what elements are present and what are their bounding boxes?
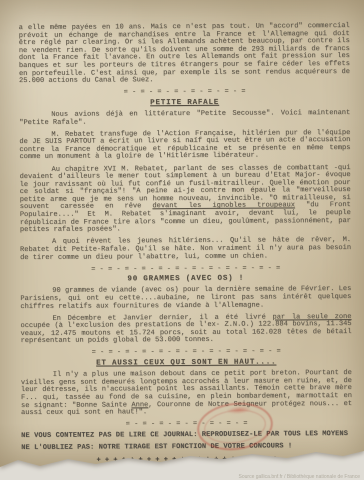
divider-rule: = - = - = - = - = - = - = - = (21, 420, 352, 430)
source-watermark: Source gallica.bnf.fr / Bibliothèque nat… (239, 474, 360, 480)
paragraph-viande-rations: 90 grammes de viande (avec os) pour la d… (20, 286, 351, 311)
scanned-page: a elle même payées en 10 ans. Mais ce n'… (0, 0, 364, 480)
article-title-petite-rafale: PETITE RAFALE (19, 99, 350, 109)
slogan-diffusion: NE VOUS CONTENTEZ PAS DE LIRE CE JOURNAL… (21, 431, 352, 441)
divider-rule: = - = - = - = - = - = - = - = - = - = - … (20, 265, 351, 275)
text-segment: occupée (à l'exclusion des prestations d… (20, 320, 351, 345)
cross-row-ornament: + + + + + + + + + + + + + + + + + + + + … (21, 455, 352, 465)
slogan-tirage: NE L'OUBLIEZ PAS: NOTRE TIRAGE EST FONCT… (21, 443, 352, 453)
paragraph-rebatet-conclusion: A quoi rêvent les jeunes hitlériens... Q… (20, 237, 351, 262)
divider-rule: = - = - = - = - = - = - = - = - = - = - … (21, 348, 352, 358)
paragraph-petite-secousse: Nous avions déjà en littérature "Petite … (19, 110, 350, 127)
divider-rule: = - = - = - = - = - = - = - = (19, 88, 350, 98)
paragraph-rebatet-quote: Au chapitre XVI M. Rebatet, parlant de s… (20, 164, 351, 234)
paragraph-rebatet-book: M. Rebatet transfuge de l'Action Françai… (19, 130, 350, 162)
paragraph-economic-accord: a elle même payées en 10 ans. Mais ce n'… (19, 23, 350, 86)
paper-sheet: a elle même payées en 10 ans. Mais ce n'… (0, 0, 364, 470)
document-body: a elle même payées en 10 ans. Mais ce n'… (19, 23, 353, 465)
article-title-90-grammes: 90 GRAMMES (AVEC OS) ! (20, 275, 351, 285)
paragraph-livraisons-betail: En Décembre et Janvier dernier, il a été… (20, 314, 351, 346)
paragraph-port-breton: Il n'y a plus une maison debout dans ce … (21, 370, 352, 418)
article-title-ceux-en-haut: ET AUSSI CEUX QUI SONT EN HAUT.... (21, 359, 352, 369)
